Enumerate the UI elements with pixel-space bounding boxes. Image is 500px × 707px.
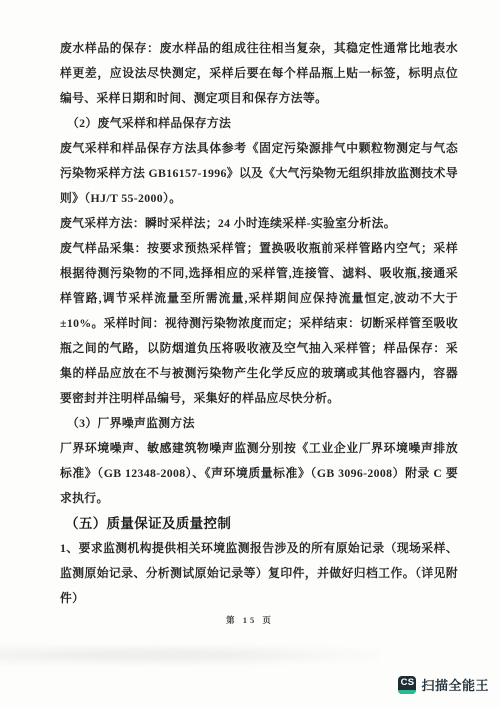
camscanner-icon-letters: CS: [401, 676, 415, 691]
sub-heading: （3）厂界噪声监测方法: [60, 411, 458, 436]
scanned-document-page: 废水样品的保存：废水样品的组成往往相当复杂，其稳定性通常比地表水样更差，应设法尽…: [0, 0, 500, 707]
document-body: 废水样品的保存：废水样品的组成往往相当复杂，其稳定性通常比地表水样更差，应设法尽…: [60, 36, 458, 611]
paragraph: 废气采样和样品保存方法具体参考《固定污染源排气中颗粒物测定与气态污染物采样方法 …: [60, 136, 458, 211]
paragraph: 废气样品采集：按要求预热采样管；置换吸收瓶前采样管路内空气；采样根据待测污染物的…: [60, 236, 458, 411]
paragraph: 厂界环境噪声、敏感建筑物噪声监测分别按《工业企业厂界环境噪声排放标准》（GB 1…: [60, 436, 458, 511]
paragraph: 1、要求监测机构提供相关环境监测报告涉及的所有原始记录（现场采样、监测原始记录、…: [60, 536, 458, 611]
sub-heading: （2）废气采样和样品保存方法: [60, 111, 458, 136]
camscanner-icon: CS: [398, 676, 416, 694]
page-number: 第 15 页: [0, 614, 500, 626]
paragraph: 废气采样方法：瞬时采样法；24 小时连续采样-实验室分析法。: [60, 211, 458, 236]
paragraph: 废水样品的保存：废水样品的组成往往相当复杂，其稳定性通常比地表水样更差，应设法尽…: [60, 36, 458, 111]
section-heading: （五）质量保证及质量控制: [60, 511, 458, 536]
camscanner-label: 扫描全能王: [421, 675, 489, 694]
camscanner-watermark: CS 扫描全能王: [398, 675, 489, 694]
